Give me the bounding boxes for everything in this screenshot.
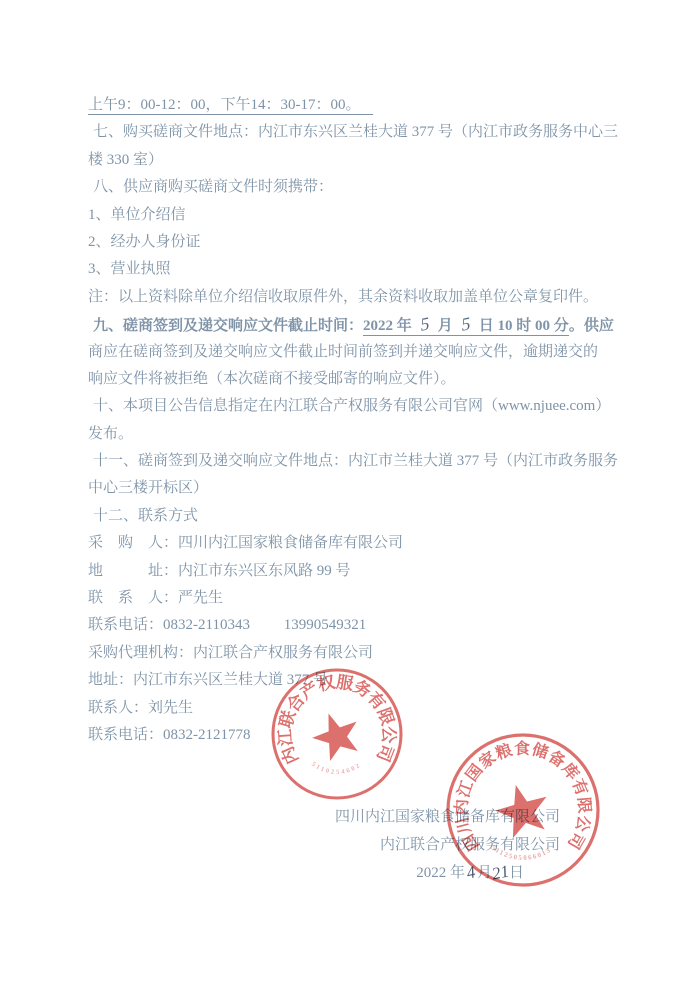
document-page: 上午9：00-12：00，下午14：30-17：00。 七、购买磋商文件地点：内… (0, 0, 700, 990)
section-9-cont-2: 响应文件将被拒绝（本次磋商不接受邮寄的响应文件）。 (88, 366, 648, 393)
section-10-cont: 发布。 (88, 421, 648, 448)
document-body: 上午9：00-12：00，下午14：30-17：00。 七、购买磋商文件地点：内… (88, 92, 648, 749)
seal-code: 5110254602 (310, 761, 361, 776)
section-11-cont: 中心三楼开标区） (88, 475, 648, 502)
star-icon (490, 778, 554, 841)
star-icon (306, 705, 366, 764)
deadline-label: 九、磋商签到及递交响应文件截止时间： (93, 318, 363, 334)
section-9-cont-1: 商应在磋商签到及递交响应文件截止时间前签到并递交响应文件，逾期递交的 (88, 339, 648, 366)
purchaser-contact: 联 系 人：严先生 (88, 585, 648, 612)
underlined-text: 上午9：00-12：00，下午14：30-17：00。 (88, 97, 373, 115)
deadline-month-char: 月 (438, 318, 453, 334)
deadline-suffix: 。供应 (569, 318, 614, 334)
line-business-hours: 上午9：00-12：00，下午14：30-17：00。 (88, 92, 648, 119)
deadline-year: 2022 年 (363, 318, 412, 334)
item-business-license: 3、营业执照 (88, 256, 648, 283)
svg-text:5110254602: 5110254602 (310, 761, 361, 776)
svg-text:5112505066013: 5112505066013 (490, 844, 552, 862)
purchaser-address: 地 址：内江市东兴区东风路 99 号 (88, 558, 648, 585)
purchaser-name: 采 购 人：四川内江国家粮食储备库有限公司 (88, 530, 648, 557)
deadline-time: 日 10 时 00 分 (479, 318, 569, 334)
section-9-deadline: 九、磋商签到及递交响应文件截止时间：2022 年5月5日 10 时 00 分。供… (88, 311, 648, 338)
section-8-heading: 八、供应商购买磋商文件时须携带： (88, 174, 648, 201)
item-id-card: 2、经办人身份证 (88, 229, 648, 256)
handwritten-month: 5 (411, 308, 439, 341)
section-11-submit-location: 十一、磋商签到及递交响应文件地点：内江市兰桂大道 377 号（内江市政务服务 (88, 448, 648, 475)
seal-code: 5112505066013 (490, 844, 552, 862)
purchaser-phone: 联系电话：0832-2110343 13990549321 (88, 612, 648, 639)
section-7-purchase-location: 七、购买磋商文件地点：内江市东兴区兰桂大道 377 号（内江市政务服务中心三 (88, 119, 648, 146)
item-intro-letter: 1、单位介绍信 (88, 202, 648, 229)
deadline-date-underlined: 2022 年5月5日 10 时 00 分 (363, 318, 569, 336)
purchaser-official-seal: 四川内江国家粮食储备库有限公司 5112505066013 (440, 727, 606, 893)
section-10-website: 十、本项目公告信息指定在内江联合产权服务有限公司官网（www.njuee.com… (88, 393, 648, 420)
handwritten-day: 5 (452, 308, 480, 341)
note-line: 注：以上资料除单位介绍信收取原件外，其余资料收取加盖单位公章复印件。 (88, 284, 648, 311)
section-12-contact-heading: 十二、联系方式 (88, 503, 648, 530)
section-7-location-cont: 楼 330 室） (88, 147, 648, 174)
agency-official-seal: 内江联合产权服务有限公司 5110254602 (267, 664, 407, 804)
